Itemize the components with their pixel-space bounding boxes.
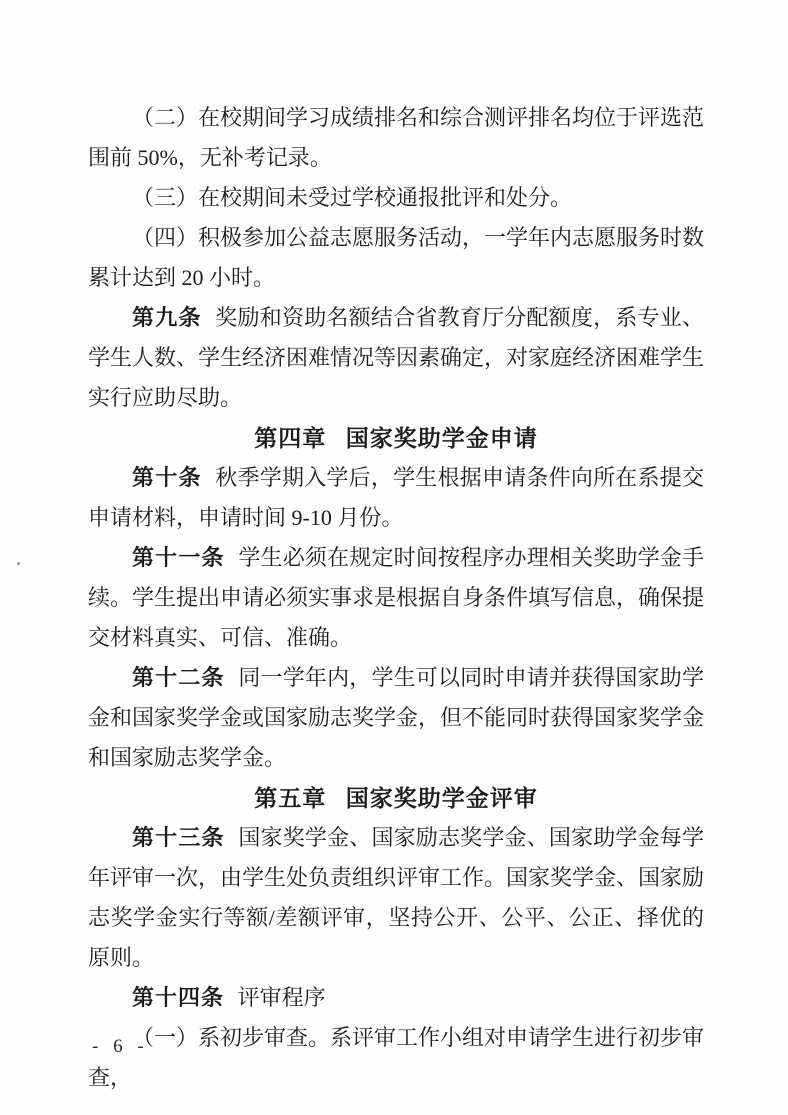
chapter-heading-4: 第四章国家奖助学金申请 <box>88 418 704 458</box>
document-body: （二）在校期间学习成绩排名和综合测评排名均位于评选范围前 50%，无补考记录。 … <box>88 98 704 1098</box>
paragraph-text: 评审程序 <box>238 985 326 1010</box>
paragraph-article-12: 第十二条同一学年内，学生可以同时申请并获得国家助学金和国家奖学金或国家励志奖学金… <box>88 658 704 778</box>
paragraph-article-9: 第九条奖励和资助名额结合省教育厅分配额度，系专业、学生人数、学生经济困难情况等因… <box>88 298 704 418</box>
paragraph-text: （二）在校期间学习成绩排名和综合测评排名均位于评选范围前 50%，无补考记录。 <box>88 105 704 170</box>
paragraph-text: （一）系初步审查。系评审工作小组对申请学生进行初步审查， <box>88 1025 704 1090</box>
article-number: 第十四条 <box>132 985 224 1010</box>
paragraph-text: （三）在校期间未受过学校通报批评和处分。 <box>132 185 572 210</box>
chapter-title: 国家奖助学金评审 <box>346 785 538 811</box>
article-number: 第十条 <box>132 465 202 490</box>
paragraph-article-11: 第十一条学生必须在规定时间按程序办理相关奖助学金手续。学生提出申请必须实事求是根… <box>88 538 704 658</box>
chapter-title: 国家奖助学金申请 <box>346 425 538 451</box>
paragraph-article-13: 第十三条国家奖学金、国家励志奖学金、国家助学金每学年评审一次，由学生处负责组织评… <box>88 818 704 978</box>
page-number: - 6 - <box>92 1036 149 1058</box>
paragraph-item-3: （三）在校期间未受过学校通报批评和处分。 <box>88 178 704 218</box>
paragraph-article-14: 第十四条评审程序 <box>88 978 704 1018</box>
scan-speck-artifact <box>17 562 20 565</box>
paragraph-text: （四）积极参加公益志愿服务活动，一学年内志愿服务时数累计达到 20 小时。 <box>88 225 704 290</box>
scanned-document-page: （二）在校期间学习成绩排名和综合测评排名均位于评选范围前 50%，无补考记录。 … <box>0 0 788 1115</box>
paragraph-item-1-review: （一）系初步审查。系评审工作小组对申请学生进行初步审查， <box>88 1018 704 1098</box>
paragraph-item-2: （二）在校期间学习成绩排名和综合测评排名均位于评选范围前 50%，无补考记录。 <box>88 98 704 178</box>
chapter-number: 第四章 <box>254 425 326 451</box>
article-number: 第十一条 <box>132 545 225 570</box>
article-number: 第十二条 <box>132 665 225 690</box>
chapter-heading-5: 第五章国家奖助学金评审 <box>88 778 704 818</box>
paragraph-item-4: （四）积极参加公益志愿服务活动，一学年内志愿服务时数累计达到 20 小时。 <box>88 218 704 298</box>
paragraph-article-10: 第十条秋季学期入学后，学生根据申请条件向所在系提交申请材料，申请时间 9-10 … <box>88 458 704 538</box>
article-number: 第十三条 <box>132 825 225 850</box>
article-number: 第九条 <box>132 305 202 330</box>
chapter-number: 第五章 <box>254 785 326 811</box>
